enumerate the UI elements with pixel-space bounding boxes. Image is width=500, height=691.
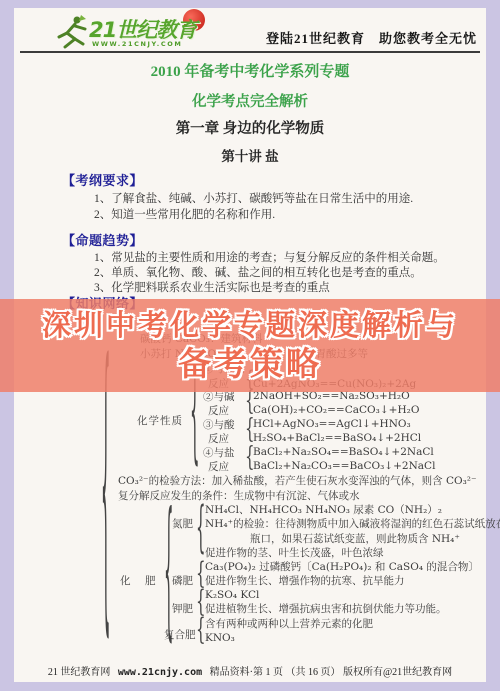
k-effect: 促进植物生长、增强抗病虫害和抗倒伏能力等功能。	[205, 602, 447, 616]
section-trend-label: 【命题趋势】	[62, 230, 143, 249]
title-series: 2010 年备考中考化学系列专题	[0, 60, 500, 81]
title-chapter: 第一章 身边的化学物质	[0, 117, 500, 138]
footer-url: www.21cnjy.com	[118, 667, 202, 678]
r4-eq1: BaCl₂+Na₂SO₄==BaSO₄↓+2NaCl	[253, 445, 434, 459]
n-test-2: 瓶口，如果石蕊试纸变蓝，则此物质含 NH₄⁺	[250, 532, 460, 546]
line-metathesis: 复分解反应发生的条件：生成物中有沉淀、气体或水	[118, 489, 360, 503]
r2-word: 反应	[208, 404, 229, 418]
trend-item-1: 1、常见盐的主要性质和用途的考查；与复分解反应的条件相关命题。	[94, 249, 445, 265]
label-n-fertilizer: 氮肥	[172, 517, 193, 531]
label-fertilizer: 化 肥	[120, 574, 158, 588]
r4-label: ④与盐	[203, 446, 235, 460]
leaf-shape	[79, 15, 86, 21]
trend-item-2: 2、单质、氧化物、酸、碱、盐之间的相互转化也是考查的重点。	[94, 264, 422, 280]
logo-url-text: WWW.21CNJY.COM	[92, 40, 182, 48]
outline-item-2: 2、知道一些常用化肥的名称和作用.	[94, 206, 275, 222]
label-k-fertilizer: 钾肥	[172, 602, 193, 616]
r3-eq1: HCl+AgNO₃==AgCl↓+HNO₃	[253, 417, 411, 431]
title-subtitle: 化学考点完全解析	[0, 90, 500, 111]
r2-label: ②与碱	[203, 390, 235, 404]
n-test-1: NH₄⁺的检验：往待测物质中加入碱液将湿润的红色石蕊试纸放在	[205, 517, 500, 531]
r2-eq2: Ca(OH)₂+CO₂==CaCO₃↓+H₂O	[253, 403, 419, 417]
footer-site: 21 世纪教育网	[48, 667, 111, 678]
title-lecture: 第十讲 盐	[0, 145, 500, 165]
r4-word: 反应	[208, 460, 229, 474]
footer: 21 世纪教育网 www.21cnjy.com 精品资料·第 1 页 （共 16…	[0, 663, 500, 678]
header-slogan: 登陆21世纪教育 助您教考全无忧	[255, 28, 477, 47]
overlay-title-line2: 备考策略	[0, 338, 500, 385]
n-effect: 促进作物的茎、叶生长茂盛，叶色浓绿	[205, 546, 384, 560]
header-logo: 21世纪教育 WWW.21CNJY.COM	[55, 11, 230, 55]
p-effect: 促进作物生长、增强作物的抗寒、抗旱能力	[205, 574, 405, 588]
footer-page-info: 精品资料·第 1 页 （共 16 页） 版权所有@21世纪教育网	[210, 667, 453, 678]
n-list: NH₄Cl、NH₄HCO₃ NH₄NO₃ 尿素 CO（NH₂）₂	[205, 503, 442, 517]
section-outline-label: 【考纲要求】	[62, 170, 143, 189]
p-list: Ca₃(PO₄)₂ 过磷酸钙〔Ca(H₂PO₄)₂ 和 CaSO₄ 的混合物〕	[205, 560, 479, 574]
label-compound-fertilizer: 复合肥	[164, 628, 196, 642]
outline-item-1: 1、了解食盐、纯碱、小苏打、碳酸钙等盐在日常生活中的用途.	[94, 190, 413, 206]
r4-eq2: BaCl₂+Na₂CO₃==BaCO₃↓+2NaCl	[253, 459, 435, 473]
compound-desc: 含有两种或两种以上营养元素的化肥	[205, 617, 373, 631]
overlay-band: 深圳中考化学专题深度解析与 备考策略	[0, 299, 500, 392]
compound-example: KNO₃	[205, 631, 235, 645]
header-divider	[20, 51, 480, 53]
r3-label: ③与酸	[203, 418, 235, 432]
label-p-fertilizer: 磷肥	[172, 574, 193, 588]
r3-eq2: H₂SO₄+BaCl₂==BaSO₄↓+2HCl	[253, 431, 421, 445]
document-page: 21世纪教育 WWW.21CNJY.COM 登陆21世纪教育 助您教考全无忧 2…	[0, 0, 500, 691]
r3-word: 反应	[208, 432, 229, 446]
label-chem-props: 化学性质	[137, 414, 183, 428]
runner-icon	[55, 13, 91, 51]
k-list: K₂SO₄ KCl	[205, 588, 259, 602]
